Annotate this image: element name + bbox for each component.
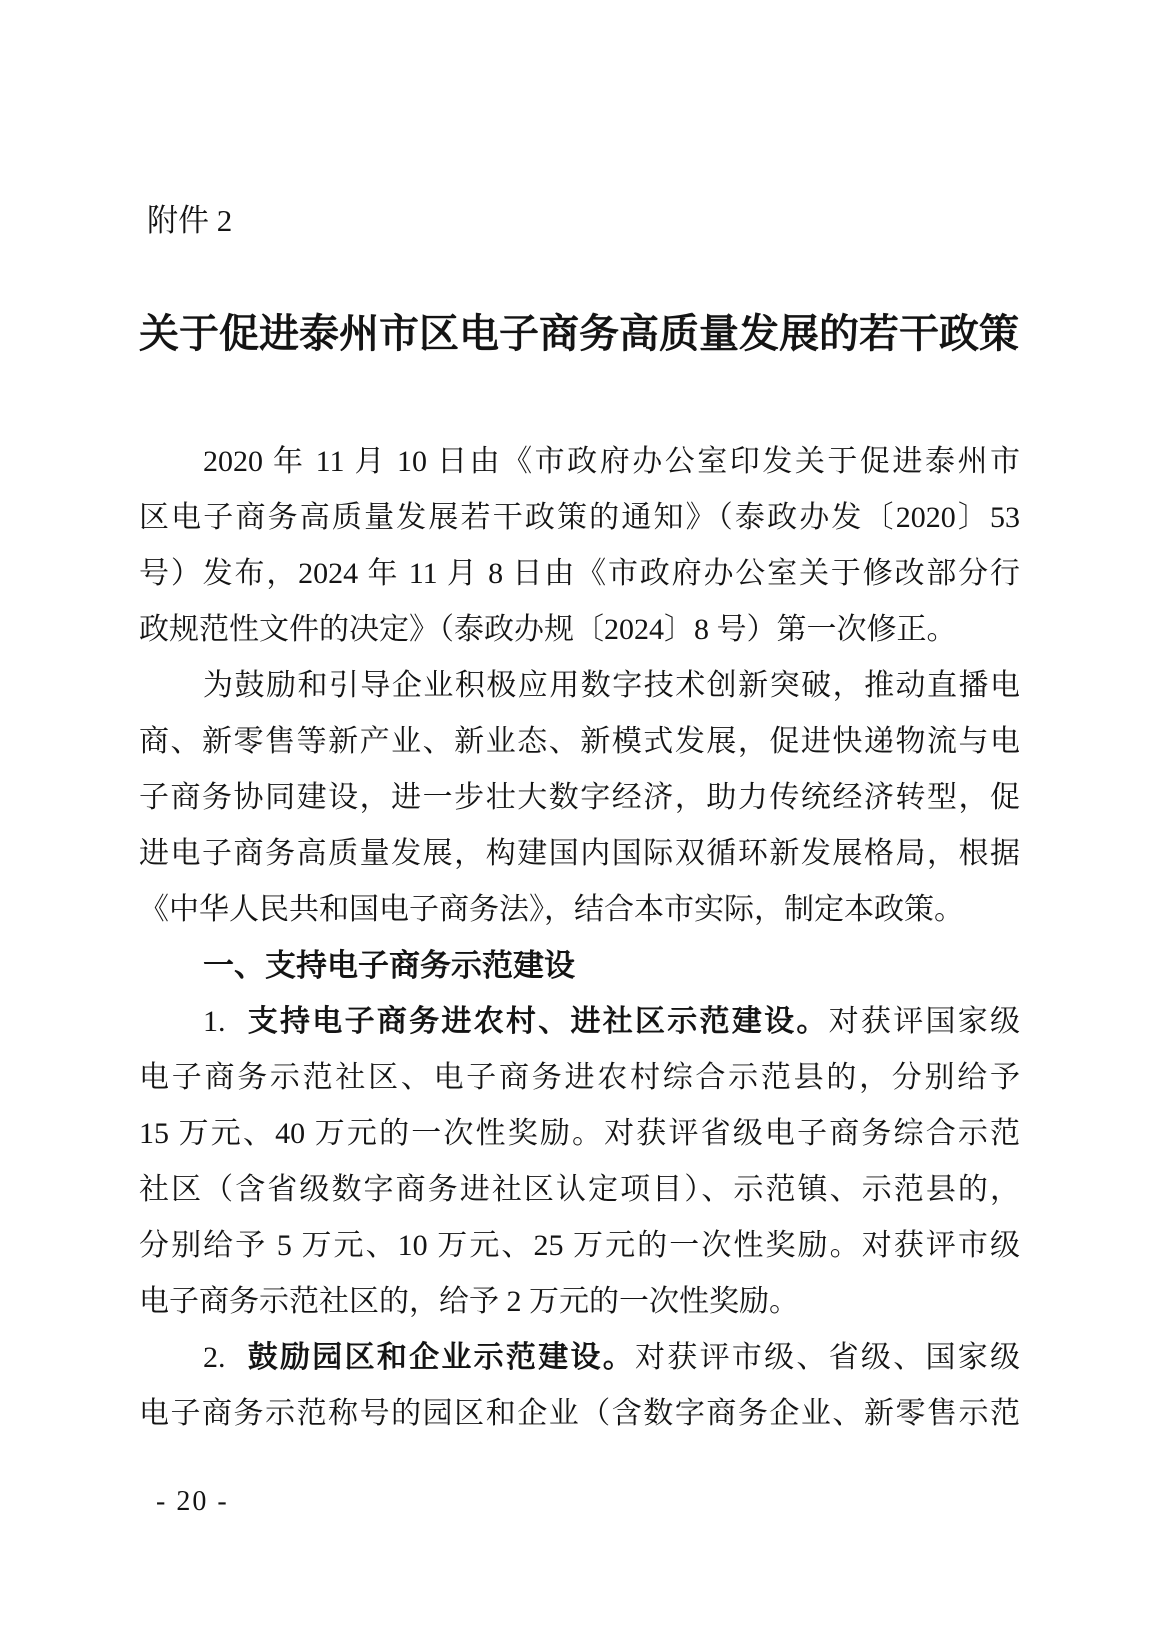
document-body: 2020 年 11 月 10 日由《市政府办公室印发关于促进泰州市 区电子商务高… xyxy=(139,434,1020,1442)
item-2-number: 2. xyxy=(203,1341,226,1374)
item-1-line-3: 15 万元、40 万元的一次性奖励。对获评省级电子商务综合示范 xyxy=(139,1106,1020,1162)
item-1-line-4: 社区（含省级数字商务进社区认定项目）、示范镇、示范县的， xyxy=(139,1162,1020,1218)
item-1-number: 1. xyxy=(203,1005,226,1038)
section-1-heading: 一、支持电子商务示范建设 xyxy=(139,938,1020,994)
intro-line-3: 号）发布，2024 年 11 月 8 日由《市政府办公室关于修改部分行 xyxy=(139,546,1020,602)
item-2-line-2: 电子商务示范称号的园区和企业（含数字商务企业、新零售示范 xyxy=(139,1386,1020,1442)
item-1-line-6: 电子商务示范社区的，给予 2 万元的一次性奖励。 xyxy=(139,1274,1020,1330)
intro-line-1: 2020 年 11 月 10 日由《市政府办公室印发关于促进泰州市 xyxy=(139,434,1020,490)
preamble-line-5: 《中华人民共和国电子商务法》，结合本市实际，制定本政策。 xyxy=(139,882,1020,938)
preamble-line-3: 子商务协同建设，进一步壮大数字经济，助力传统经济转型，促 xyxy=(139,770,1020,826)
document-title: 关于促进泰州市区电子商务高质量发展的若干政策 xyxy=(130,306,1028,362)
preamble-line-1: 为鼓励和引导企业积极应用数字技术创新突破，推动直播电 xyxy=(139,658,1020,714)
item-1-line-1-rest: 对获评国家级 xyxy=(829,1005,1020,1038)
item-2-lead: 鼓励园区和企业示范建设。 xyxy=(246,1341,636,1374)
preamble-line-4: 进电子商务高质量发展，构建国内国际双循环新发展格局，根据 xyxy=(139,826,1020,882)
intro-line-2: 区电子商务高质量发展若干政策的通知》（泰政办发〔2020〕53 xyxy=(139,490,1020,546)
intro-line-4: 政规范性文件的决定》（泰政办规〔2024〕8 号）第一次修正。 xyxy=(139,602,1020,658)
document-page: 附件 2 关于促进泰州市区电子商务高质量发展的若干政策 2020 年 11 月 … xyxy=(0,0,1158,1637)
item-1-lead: 支持电子商务进农村、进社区示范建设。 xyxy=(246,1005,829,1038)
item-2-line-1-rest: 对获评市级、省级、国家级 xyxy=(635,1341,1020,1374)
item-2-line-1: 2.鼓励园区和企业示范建设。对获评市级、省级、国家级 xyxy=(139,1330,1020,1386)
item-1-line-2: 电子商务示范社区、电子商务进农村综合示范县的，分别给予 xyxy=(139,1050,1020,1106)
attachment-label: 附件 2 xyxy=(147,201,232,241)
preamble-line-2: 商、新零售等新产业、新业态、新模式发展，促进快递物流与电 xyxy=(139,714,1020,770)
page-number: - 20 - xyxy=(156,1486,229,1518)
item-1-line-1: 1.支持电子商务进农村、进社区示范建设。对获评国家级 xyxy=(139,994,1020,1050)
item-1-line-5: 分别给予 5 万元、10 万元、25 万元的一次性奖励。对获评市级 xyxy=(139,1218,1020,1274)
